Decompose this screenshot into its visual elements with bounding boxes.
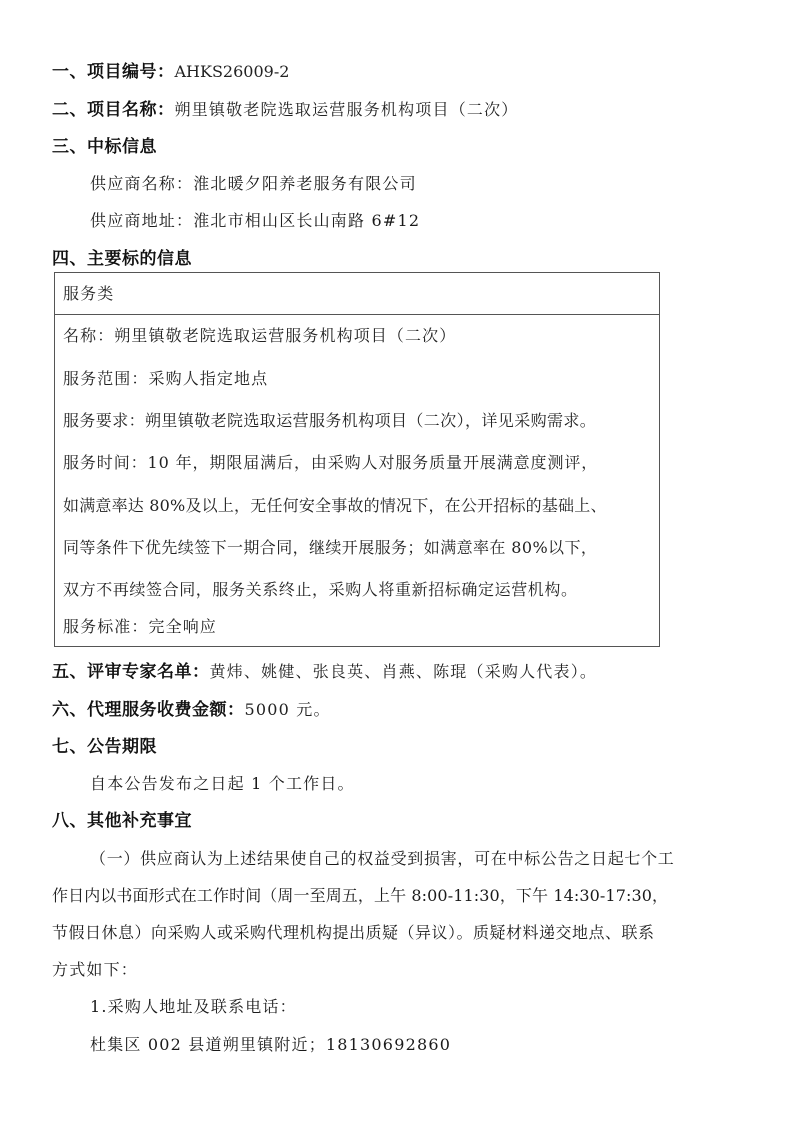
subject-row: 双方不再续签合同，服务关系终止，采购人将重新招标确定运营机构。 [63,580,578,600]
agency-fee-value: 5000 元。 [245,700,331,719]
project-number-line: 一、项目编号：AHKS26009-2 [52,62,289,82]
winner-info-heading: 三、中标信息 [52,137,157,157]
table-divider [55,314,659,315]
purchaser-contact-value: 杜集区 002 县道朔里镇附近；18130692860 [90,1035,451,1055]
supplier-address-value: 淮北市相山区长山南路 6#12 [193,211,420,230]
project-name-line: 二、项目名称：朔里镇敬老院选取运营服务机构项目（二次） [52,100,519,120]
other-paragraph-line: 方式如下： [52,960,138,980]
project-name-value: 朔里镇敬老院选取运营服务机构项目（二次） [175,100,519,119]
supplier-address-line: 供应商地址：淮北市相山区长山南路 6#12 [90,211,420,231]
notice-period-text: 自本公告发布之日起 1 个工作日。 [90,774,355,794]
expert-list-label: 五、评审专家名单： [52,662,210,682]
project-number-value: AHKS26009-2 [175,62,290,81]
other-paragraph-line: 节假日休息）向采购人或采购代理机构提出质疑（异议）。质疑材料递交地点、联系 [52,923,655,943]
agency-fee-label: 六、代理服务收费金额： [52,700,245,720]
subject-row: 服务要求：朔里镇敬老院选取运营服务机构项目（二次），详见采购需求。 [63,411,596,431]
notice-period-heading: 七、公告期限 [52,737,157,757]
other-matters-heading: 八、其他补充事宜 [52,811,192,831]
subject-row: 同等条件下优先续签下一期合同，继续开展服务；如满意率在 80%以下， [63,538,597,558]
subject-info-heading: 四、主要标的信息 [52,249,192,269]
subject-row: 服务标准：完全响应 [63,617,217,637]
winner-info-label: 三、中标信息 [52,137,157,157]
purchaser-contact-title: 1.采购人地址及联系电话： [90,997,297,1017]
expert-list-line: 五、评审专家名单：黄炜、姚健、张良英、肖燕、陈琨（采购人代表）。 [52,662,597,682]
subject-row: 服务时间：10 年，期限届满后，由采购人对服务质量开展满意度测评， [63,453,598,473]
supplier-name-label: 供应商名称： [90,174,193,193]
subject-row: 服务范围：采购人指定地点 [63,369,268,389]
subject-row: 如满意率达 80%及以上，无任何安全事故的情况下，在公开招标的基础上、 [63,496,607,516]
supplier-name-line: 供应商名称：淮北暖夕阳养老服务有限公司 [90,174,417,194]
project-name-label: 二、项目名称： [52,100,175,120]
supplier-address-label: 供应商地址： [90,211,193,230]
supplier-name-value: 淮北暖夕阳养老服务有限公司 [193,174,417,193]
other-paragraph-line: （一）供应商认为上述结果使自己的权益受到损害，可在中标公告之日起七个工 [90,849,675,869]
notice-period-label: 七、公告期限 [52,737,157,757]
expert-list-value: 黄炜、姚健、张良英、肖燕、陈琨（采购人代表）。 [210,662,598,681]
project-number-label: 一、项目编号： [52,62,175,82]
other-paragraph-line: 作日内以书面形式在工作时间（周一至周五，上午 8:00-11:30，下午 14:… [52,886,668,906]
subject-info-label: 四、主要标的信息 [52,249,192,269]
subject-info-table: 服务类 名称：朔里镇敬老院选取运营服务机构项目（二次） 服务范围：采购人指定地点… [54,272,660,647]
other-matters-label: 八、其他补充事宜 [52,811,192,831]
subject-category: 服务类 [63,284,114,304]
subject-row: 名称：朔里镇敬老院选取运营服务机构项目（二次） [63,326,456,346]
agency-fee-line: 六、代理服务收费金额：5000 元。 [52,700,331,720]
